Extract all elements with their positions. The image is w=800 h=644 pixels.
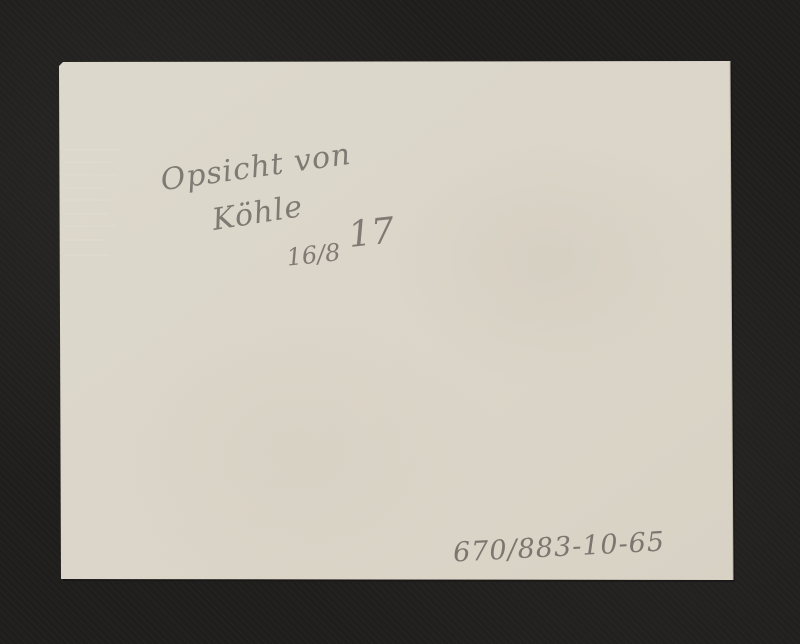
photo-scene: Opsicht von Köhle 16/817 670/883-10-65 bbox=[0, 0, 800, 644]
date-year: 17 bbox=[346, 210, 396, 256]
date-day-month: 16/8 bbox=[285, 238, 342, 271]
card-back: Opsicht von Köhle 16/817 670/883-10-65 bbox=[0, 0, 800, 644]
card-shape bbox=[0, 0, 800, 644]
